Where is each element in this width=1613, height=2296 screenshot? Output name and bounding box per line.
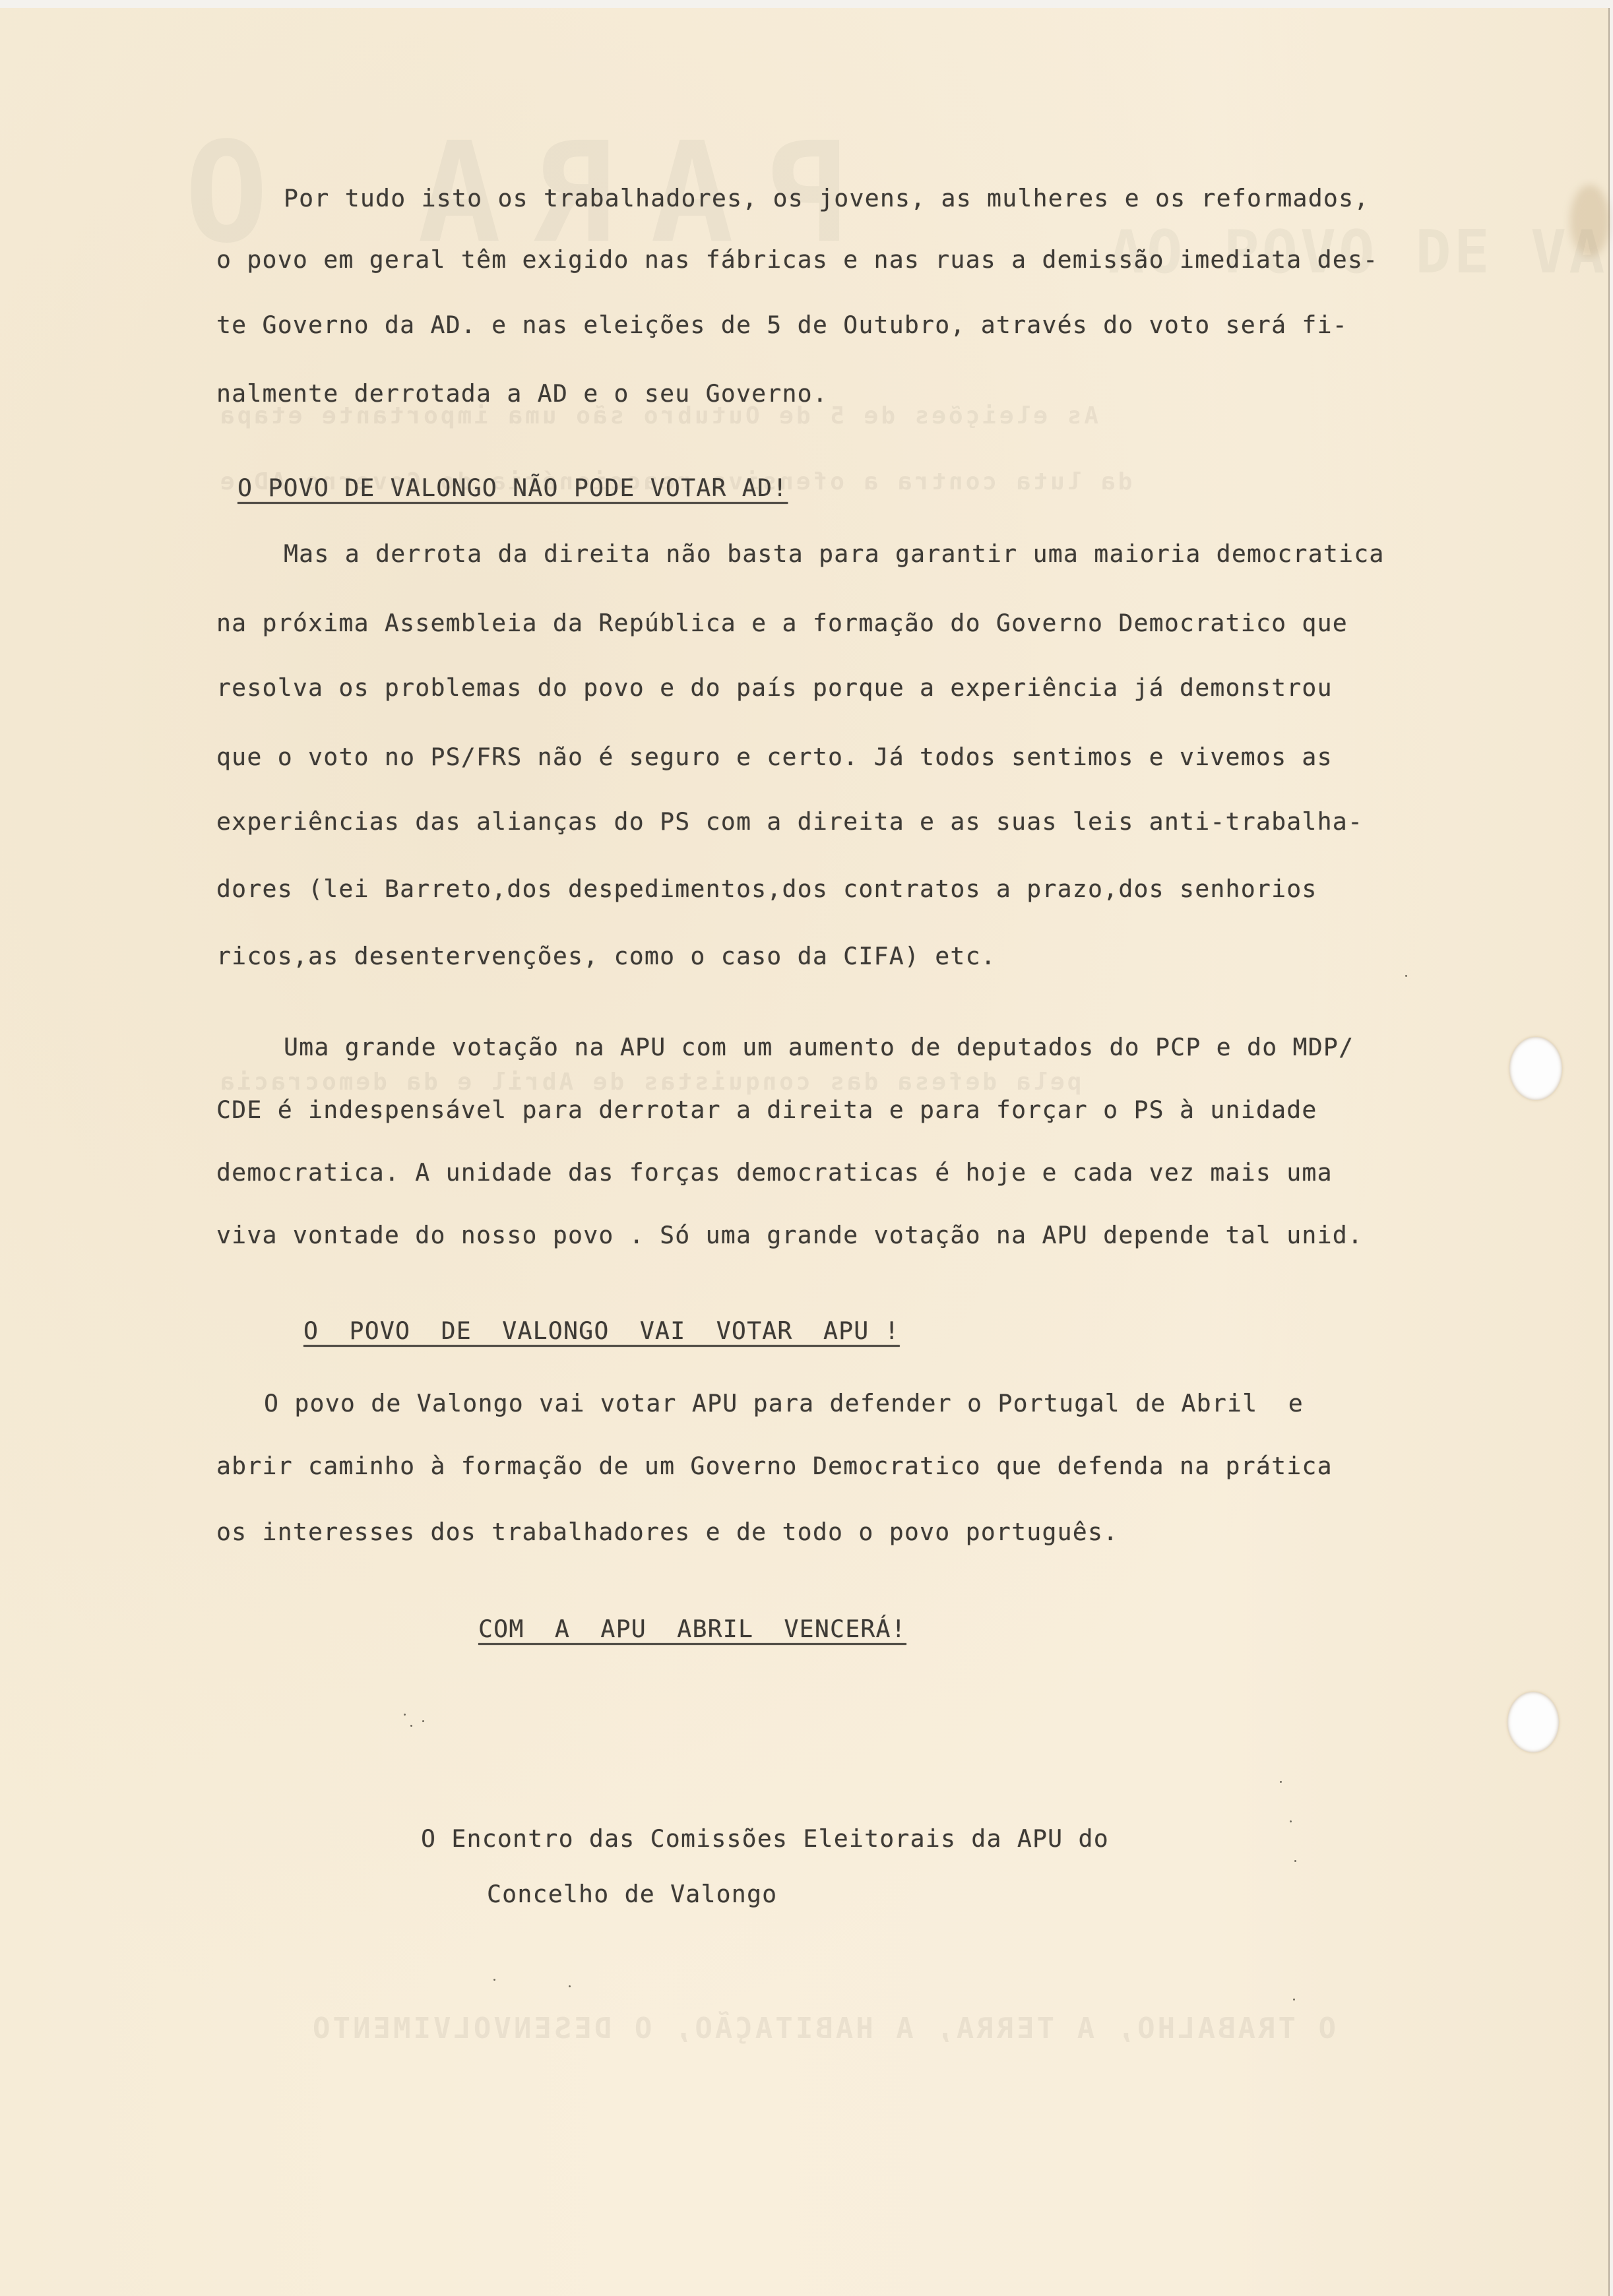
ink-speck bbox=[404, 1714, 406, 1716]
show-through-line: pela defesa das conquistas de Abril e da… bbox=[218, 1069, 1081, 1096]
text-line: ricos,as desentervenções, como o caso da… bbox=[216, 945, 996, 969]
heading-nao-pode-votar-ad: O POVO DE VALONGO NÃO PODE VOTAR AD! bbox=[237, 476, 788, 501]
text-line: te Governo da AD. e nas eleições de 5 de… bbox=[216, 313, 1348, 338]
ink-speck bbox=[422, 1720, 424, 1722]
text-line: na próxima Assembleia da República e a f… bbox=[216, 611, 1348, 636]
ink-speck bbox=[1294, 1860, 1296, 1862]
text-line: Mas a derrota da direita não basta para … bbox=[284, 542, 1385, 567]
text-line: Por tudo isto os trabalhadores, os joven… bbox=[284, 187, 1369, 211]
text-line: democratica. A unidade das forças democr… bbox=[216, 1161, 1333, 1185]
scanner-background-top bbox=[0, 0, 1613, 8]
signature-line: O Encontro das Comissões Eleitorais da A… bbox=[421, 1827, 1109, 1851]
punch-hole-lower bbox=[1507, 1692, 1559, 1753]
paper-stain bbox=[1570, 185, 1610, 257]
text-line: dores (lei Barreto,dos despedimentos,dos… bbox=[216, 877, 1317, 902]
signature-line: Concelho de Valongo bbox=[487, 1882, 777, 1907]
text-line: Uma grande votação na APU com um aumento… bbox=[284, 1036, 1354, 1060]
text-line: o povo em geral têm exigido nas fábricas… bbox=[216, 248, 1378, 272]
text-line: O povo de Valongo vai votar APU para def… bbox=[264, 1392, 1304, 1416]
show-through-line: O TRABALHO, A TERRA, A HABITAÇÃO, O DESE… bbox=[310, 2012, 1336, 2045]
text-line: que o voto no PS/FRS não é seguro e cert… bbox=[216, 745, 1333, 770]
text-line: abrir caminho à formação de um Governo D… bbox=[216, 1454, 1333, 1479]
paper-sheet bbox=[0, 8, 1610, 2296]
heading-vai-votar-apu: O POVO DE VALONGO VAI VOTAR APU ! bbox=[303, 1319, 900, 1344]
ink-speck bbox=[1280, 1781, 1282, 1783]
ink-speck bbox=[493, 1979, 495, 1981]
ink-speck bbox=[1293, 1999, 1295, 2001]
ink-speck bbox=[569, 1985, 571, 1987]
slogan-abril-vencera: COM A APU ABRIL VENCERÁ! bbox=[478, 1617, 906, 1642]
text-line: nalmente derrotada a AD e o seu Governo. bbox=[216, 382, 828, 406]
ink-speck bbox=[1290, 1820, 1292, 1822]
text-line: experiências das alianças do PS com a di… bbox=[216, 810, 1363, 834]
text-line: resolva os problemas do povo e do país p… bbox=[216, 676, 1333, 700]
punch-hole-upper bbox=[1509, 1037, 1562, 1100]
ink-speck bbox=[410, 1725, 412, 1727]
scanner-background-right bbox=[1610, 8, 1613, 2296]
text-line: viva vontade do nosso povo . Só uma gran… bbox=[216, 1224, 1363, 1248]
text-line: CDE é indespensável para derrotar a dire… bbox=[216, 1098, 1317, 1123]
paper-edge bbox=[1608, 8, 1610, 2296]
ink-speck bbox=[1405, 975, 1407, 977]
text-line: os interesses dos trabalhadores e de tod… bbox=[216, 1520, 1118, 1545]
